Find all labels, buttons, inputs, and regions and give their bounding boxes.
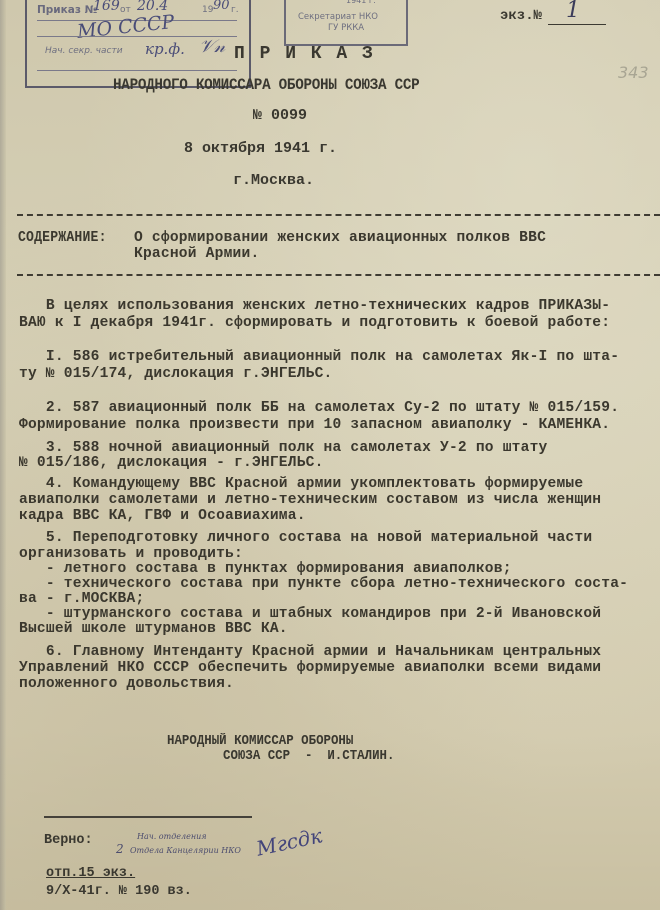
registration-stamp: Приказ № 169 от 20.4 19 90 г. МО СССР На… (25, 0, 251, 88)
stamp-secretary-label: Нач. секр. части (45, 46, 123, 56)
stamp-secretary-value: кр.ф. (145, 40, 185, 58)
certification-signature: Мгсдк (254, 823, 324, 860)
order-place: г.Москва. (233, 172, 314, 189)
item-6-line-2: Управлений НКО СССР обеспечить формируем… (19, 660, 601, 676)
stamp-order-year-prefix: 19 (202, 5, 213, 15)
item-2-line-1: 2. 587 авиационный полк ББ на самолетах … (19, 400, 619, 416)
copies-note: отп.15 экз. (46, 866, 135, 881)
item-5-line-5: ва - г.МОСКВА; (19, 591, 144, 607)
intro-line-2: ВАЮ к I декабря 1941г. сформировать и по… (19, 315, 610, 331)
order-number: № 0099 (253, 107, 307, 124)
item-4-line-1: 4. Командующему ВВС Красной армии укомпл… (19, 476, 583, 492)
item-5-line-1: 5. Переподготовку личного состава на нов… (19, 530, 592, 546)
stamp-order-number: 169 (93, 0, 120, 14)
page-edge-shadow (0, 0, 6, 910)
intro-line-1: В целях использования женских летно-техн… (19, 298, 610, 314)
certification-stamp-num: 2 (116, 842, 124, 856)
certification-stamp-line2: Отдела Канцелярии НКО (130, 846, 241, 855)
stamp-order-from: от (120, 5, 131, 15)
item-6-line-1: 6. Главному Интенданту Красной армии и Н… (19, 644, 601, 660)
copy-number-underline (548, 24, 606, 25)
item-2-line-2: Формирование полка произвести при 10 зап… (19, 417, 610, 433)
certification-rule (44, 816, 252, 818)
order-date: 8 октября 1941 г. (184, 140, 337, 157)
contents-line-2: Красной Армии. (134, 246, 259, 262)
contents-top-rule (17, 214, 660, 216)
item-3-line-1: 3. 588 ночной авиационный полк на самоле… (19, 440, 548, 456)
stamp-line (37, 70, 237, 71)
signatory-title: НАРОДНЫЙ КОМИССАР ОБОРОНЫ (167, 734, 353, 749)
archive-page-number: 343 (618, 63, 649, 82)
secretariat-stamp: 1941 г. Секретариат НКО ГУ РККА (284, 0, 408, 46)
contents-label: СОДЕРЖАНИЕ: (18, 230, 107, 246)
certification-stamp-line1: Нач. отделения (137, 832, 207, 841)
stamp-order-label: Приказ № (37, 4, 97, 16)
dispatch-note: 9/X-41г. № 190 вз. (46, 884, 192, 899)
contents-line-1: О сформировании женских авиационных полк… (134, 230, 546, 246)
signatory-name: СОЮЗА ССР - И.СТАЛИН. (223, 749, 394, 764)
secretariat-stamp-line1: Секретариат НКО (298, 12, 378, 22)
contents-bottom-rule (17, 274, 660, 276)
item-5-line-2: организовать и проводить: (19, 546, 243, 562)
item-3-line-2: № 015/186, дислокация - г.ЭНГЕЛЬС. (19, 455, 324, 471)
certification-label: Верно: (44, 833, 93, 848)
item-4-line-3: кадра ВВС КА, ГВФ и Осоавиахима. (19, 508, 306, 524)
stamp-order-year-suffix: г. (231, 5, 239, 15)
item-6-line-3: положенного довольствия. (19, 676, 234, 692)
stamp-order-year: 90 (213, 0, 230, 13)
copy-number-label: экз.№ (500, 8, 542, 24)
item-5-line-7: Высшей школе штурманов ВВС КА. (19, 621, 288, 637)
item-5-line-6: - штурманского состава и штабных команди… (19, 606, 601, 622)
item-4-line-2: авиаполки самолетами и летно-техническим… (19, 492, 601, 508)
item-1-line-2: ту № 015/174, дислокация г.ЭНГЕЛЬС. (19, 366, 333, 382)
stamp-secretary-signature: 𝒱𝓃 (199, 36, 225, 57)
item-5-line-4: - технического состава при пункте сбора … (19, 576, 628, 592)
copy-number-value: 1 (566, 0, 580, 23)
item-5-line-3: - летного состава в пунктах формирования… (19, 561, 512, 577)
secretariat-stamp-line2: ГУ РККА (328, 23, 364, 33)
document-subtitle: НАРОДНОГО КОМИССАРА ОБОРОНЫ СОЮЗА ССР (113, 76, 419, 94)
secretariat-stamp-year: 1941 г. (346, 0, 376, 5)
document-title: П Р И К А З (234, 44, 375, 64)
item-1-line-1: I. 586 истребительный авиационный полк н… (19, 349, 619, 365)
